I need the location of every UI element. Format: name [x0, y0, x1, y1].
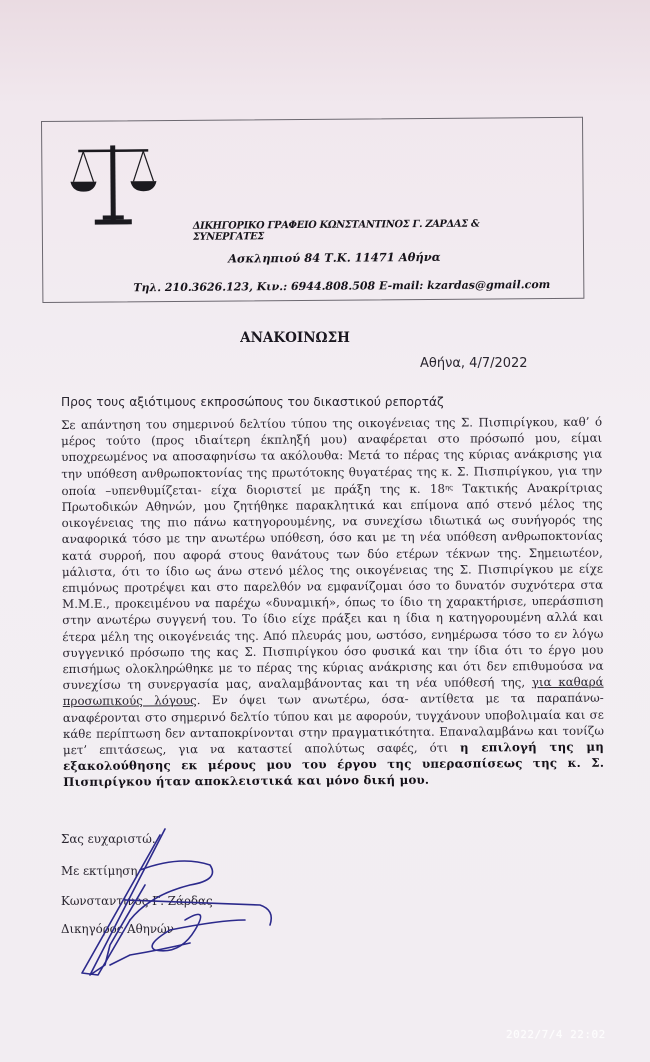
document-title: ΑΝΑΚΟΙΝΩΣΗ — [0, 330, 590, 346]
closing-regards: Με εκτίμηση — [61, 864, 137, 878]
signer-name: Κωνσταντίνος Γ. Ζάρδας — [61, 894, 213, 908]
body-part-2: Τακτικής Ανακρίτριας Πρωτοδικών Αθηνών, … — [62, 481, 604, 693]
letterhead: ΔΙΚΗΓΟΡΙΚΟ ΓΡΑΦΕΙΟ ΚΩΝΣΤΑΝΤΙΝΟΣ Γ. ΖΑΡΔΑ… — [41, 117, 584, 303]
signer-title: Δικηγόρος Αθηνών — [61, 922, 174, 936]
addressee-line: Προς τους αξιότιμους εκπροσώπους του δικ… — [61, 395, 444, 409]
firm-contact: Τηλ. 210.3626.123, Κιν.: 6944.808.508 E-… — [133, 278, 573, 294]
document-date: Αθήνα, 4/7/2022 — [420, 356, 528, 371]
closing-thanks: Σας ευχαριστώ. — [61, 832, 156, 846]
firm-name: ΔΙΚΗΓΟΡΙΚΟ ΓΡΑΦΕΙΟ ΚΩΝΣΤΑΝΤΙΝΟΣ Γ. ΖΑΡΔΑ… — [193, 218, 517, 243]
scales-of-justice-icon — [70, 141, 157, 232]
document-page: ΔΙΚΗΓΟΡΙΚΟ ΓΡΑΦΕΙΟ ΚΩΝΣΤΑΝΤΙΝΟΣ Γ. ΖΑΡΔΑ… — [0, 0, 650, 1062]
firm-address: Ασκληπιού 84 Τ.Κ. 11471 Αθήνα — [228, 249, 528, 265]
ordinal-suffix: ης — [445, 483, 453, 491]
photo-timestamp: 2022/7/4 22:02 — [506, 1028, 606, 1041]
announcement-body: Σε απάντηση του σημερινού δελτίου τύπου … — [61, 414, 604, 791]
